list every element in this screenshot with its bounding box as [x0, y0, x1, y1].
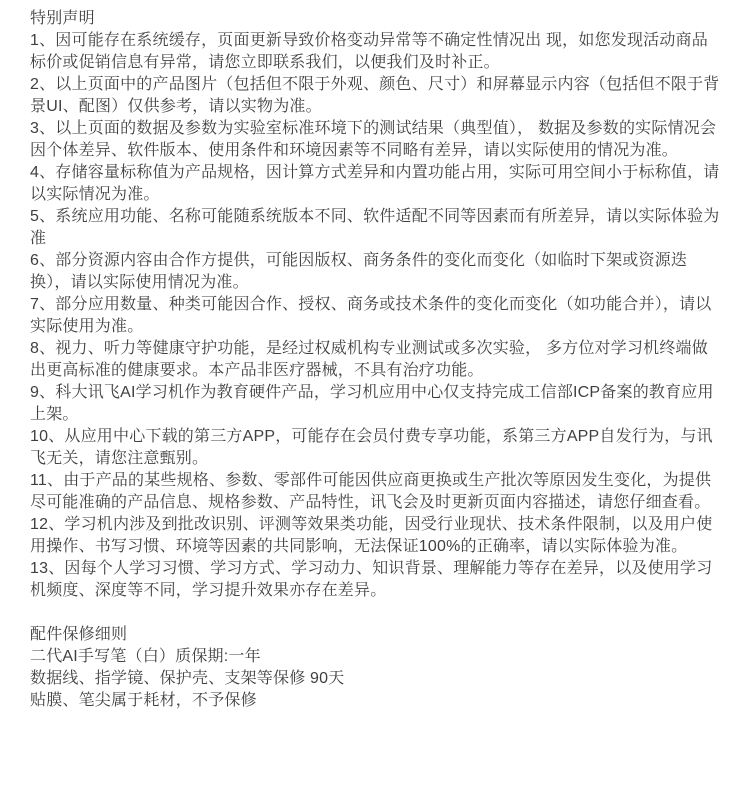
special-statement-section: 特别声明 1、因可能存在系统缓存，页面更新导致价格变动异常等不确定性情况出 现，…	[30, 8, 722, 602]
warranty-section: 配件保修细则 二代AI手写笔（白）质保期:一年 数据线、指学镜、保护壳、支架等保…	[30, 624, 722, 712]
statement-item-7: 7、部分应用数量、种类可能因合作、授权、商务或技术条件的变化而变化（如功能合并）…	[30, 294, 722, 338]
statement-item-3: 3、以上页面的数据及参数为实验室标准环境下的测试结果（典型值）， 数据及参数的实…	[30, 118, 722, 162]
statement-item-11: 11、由于产品的某些规格、参数、零部件可能因供应商更换或生产批次等原因发生变化，…	[30, 470, 722, 514]
warranty-title: 配件保修细则	[30, 624, 722, 646]
statement-item-10: 10、从应用中心下载的第三方APP，可能存在会员付费专享功能，系第三方APP自发…	[30, 426, 722, 470]
statement-item-8: 8、视力、听力等健康守护功能，是经过权威机构专业测试或多次实验， 多方位对学习机…	[30, 338, 722, 382]
statement-item-12: 12、学习机内涉及到批改识别、评测等效果类功能，因受行业现状、技术条件限制，以及…	[30, 514, 722, 558]
statement-item-13: 13、因每个人学习习惯、学习方式、学习动力、知识背景、理解能力等存在差异，以及使…	[30, 558, 722, 602]
special-statement-title: 特别声明	[30, 8, 722, 30]
statement-item-9: 9、科大讯飞AI学习机作为教育硬件产品，学习机应用中心仅支持完成工信部ICP备案…	[30, 382, 722, 426]
statement-item-2: 2、以上页面中的产品图片（包括但不限于外观、颜色、尺寸）和屏幕显示内容（包括但不…	[30, 74, 722, 118]
statement-item-4: 4、存储容量标称值为产品规格，因计算方式差异和内置功能占用，实际可用空间小于标称…	[30, 162, 722, 206]
disclaimer-page: 特别声明 1、因可能存在系统缓存，页面更新导致价格变动异常等不确定性情况出 现，…	[0, 0, 750, 787]
statement-item-1: 1、因可能存在系统缓存，页面更新导致价格变动异常等不确定性情况出 现，如您发现活…	[30, 30, 722, 74]
warranty-line-stylus: 二代AI手写笔（白）质保期:一年	[30, 646, 722, 668]
warranty-line-accessories: 数据线、指学镜、保护壳、支架等保修 90天	[30, 668, 722, 690]
statement-item-6: 6、部分资源内容由合作方提供，可能因版权、商务条件的变化而变化（如临时下架或资源…	[30, 250, 722, 294]
statement-item-5: 5、系统应用功能、名称可能随系统版本不同、软件适配不同等因素而有所差异，请以实际…	[30, 206, 722, 250]
warranty-line-consumables: 贴膜、笔尖属于耗材，不予保修	[30, 690, 722, 712]
